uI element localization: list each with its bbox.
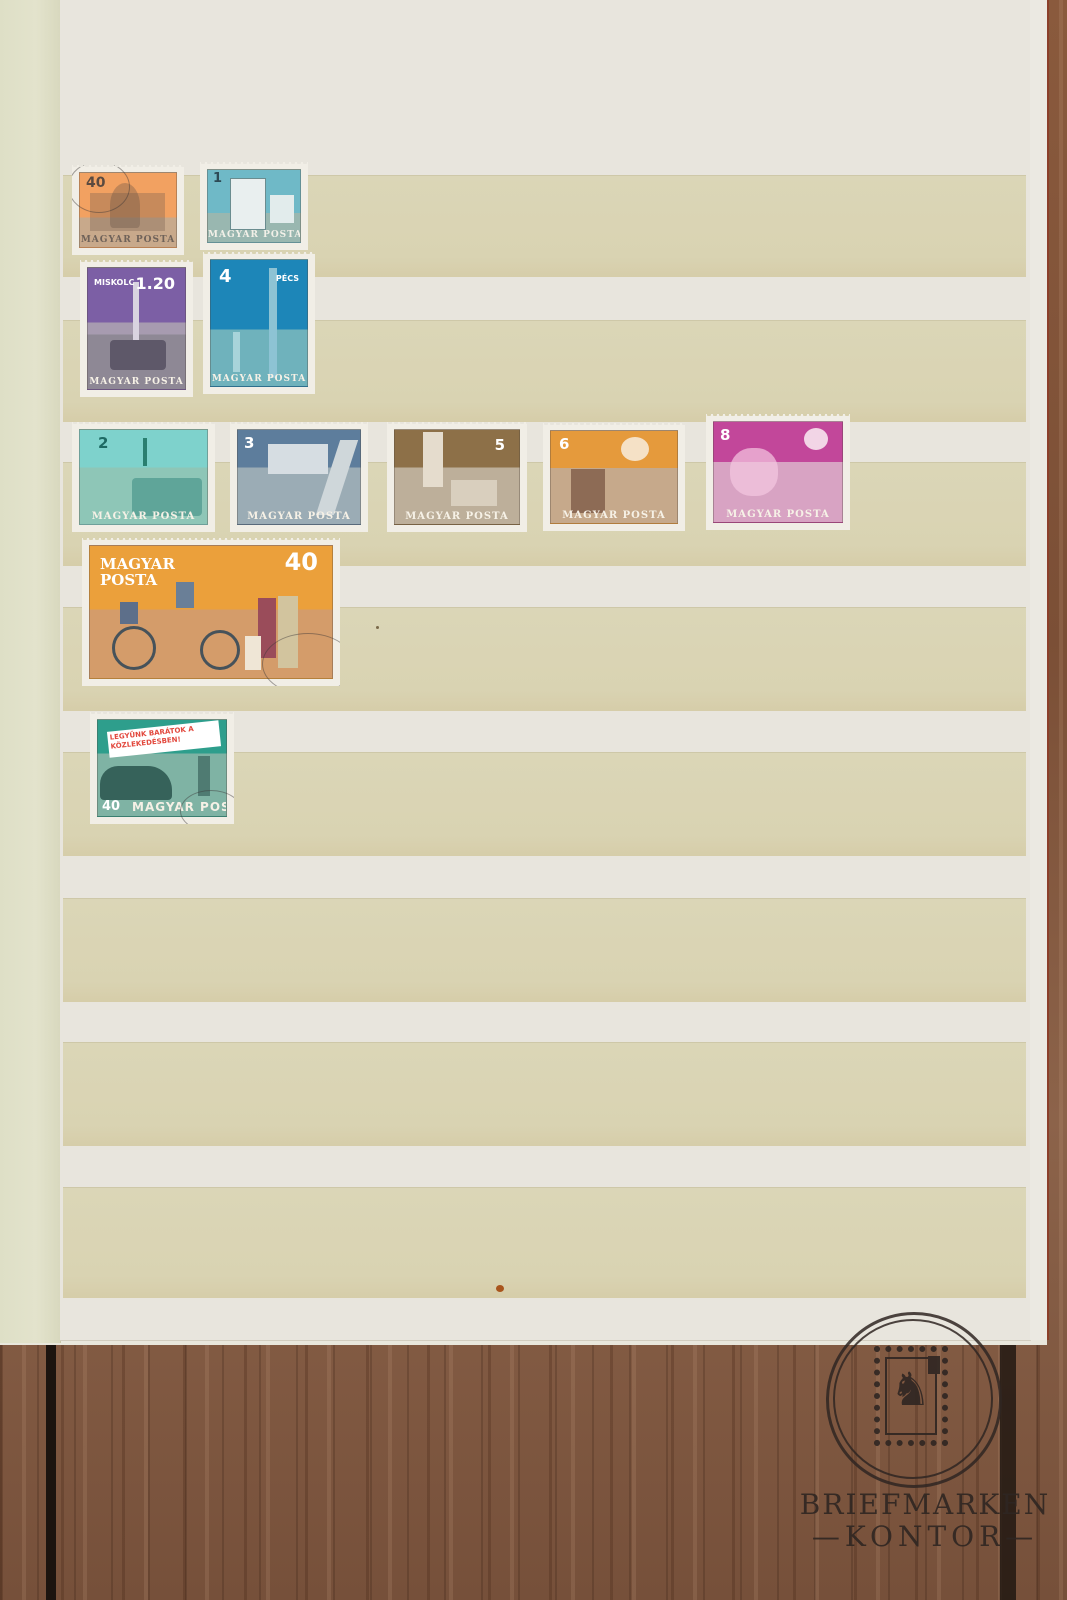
minaret-illustration <box>233 332 240 372</box>
sorting-room-illustration <box>268 444 328 474</box>
stamp-country-label: MAGYAR POSTA <box>714 509 842 520</box>
stamp[interactable]: LEGYÜNK BARÁTOK A KÖZLEKEDÉSBEN! 40 MAGY… <box>90 712 234 824</box>
stamp[interactable]: 5 MAGYAR POSTA <box>387 422 527 532</box>
passenger-illustration <box>120 602 138 624</box>
stamp-value: 3 <box>244 434 254 452</box>
stamp[interactable]: 40 MAGYAR POSTA <box>72 165 184 255</box>
stamp[interactable]: 3 MAGYAR POSTA <box>230 422 368 532</box>
child-illustration <box>245 636 261 670</box>
stamp-value: 6 <box>559 435 569 453</box>
stamp-city-label: MISKOLC <box>94 278 134 287</box>
woman-head-illustration <box>621 437 649 461</box>
office-building-illustration <box>230 178 266 230</box>
stamp-value: 40 <box>285 548 318 576</box>
stamp-value: 1.20 <box>136 274 175 293</box>
forklift-illustration <box>451 480 497 506</box>
map-illustration <box>730 448 778 496</box>
tv-tower-illustration <box>269 268 277 378</box>
building-illustration <box>270 195 294 223</box>
briefmarken-kontor-logo: ♞ BRIEFMARKEN —KONTOR— <box>822 1308 1067 1600</box>
stamp-city-label: PÉCS <box>276 274 299 283</box>
stamp-country-label: MAGYAR POSTA <box>80 235 176 245</box>
logo-title: BRIEFMARKEN <box>780 1488 1067 1521</box>
stamp-country-label: MAGYAR POSTA <box>395 511 519 522</box>
foxing-spot <box>376 626 379 629</box>
stamp-country-label: MAGYAR POSTA <box>238 511 360 522</box>
directory-book-illustration <box>571 469 605 513</box>
stamp-country-label: MAGYAR POSTA <box>100 556 180 588</box>
stamp[interactable]: 2 MAGYAR POSTA <box>72 422 215 532</box>
wheel-illustration <box>112 626 156 670</box>
stamp-country-label: MAGYAR POSTA <box>88 377 185 387</box>
wheel-illustration <box>200 630 240 670</box>
parcels-illustration <box>423 432 443 487</box>
stock-strip <box>63 898 1026 1002</box>
foxing-spot <box>496 1285 504 1292</box>
album-page-edge <box>1030 0 1049 1340</box>
driver-illustration <box>176 582 194 608</box>
stamp[interactable]: 4 PÉCS MAGYAR POSTA <box>203 252 315 394</box>
stamp[interactable]: 1 MAGYAR POSTA <box>200 162 308 250</box>
postmark <box>68 161 130 213</box>
album-hinge <box>0 0 61 1343</box>
stamp[interactable]: 6 MAGYAR POSTA <box>543 423 685 531</box>
stamp-country-label: MAGYAR POSTA <box>211 374 307 384</box>
stamp[interactable]: MAGYAR POSTA 40 <box>82 538 340 686</box>
stamp-country-label: MAGYAR POSTA <box>80 511 207 522</box>
stamp-value: 4 <box>219 266 232 287</box>
stamp-value: 8 <box>720 426 730 444</box>
car-illustration <box>100 766 172 800</box>
stamp-value: 40 <box>102 799 120 814</box>
stamp-value: 5 <box>495 436 505 454</box>
tower-deck-illustration <box>110 340 166 370</box>
stock-strip <box>63 1187 1026 1298</box>
stamp-country-label: MAGYAR POSTA <box>551 510 677 521</box>
rocking-horse-icon: ♞ <box>890 1366 931 1412</box>
logo-subtitle: —KONTOR— <box>780 1520 1067 1553</box>
stock-strip <box>63 1042 1026 1146</box>
wood-grain-dark-line <box>46 1345 56 1600</box>
stamp-value: 2 <box>98 434 108 452</box>
signpost-illustration <box>143 438 147 466</box>
stamp-value: 1 <box>213 171 222 186</box>
rocking-horse-stamp-icon: ♞ <box>874 1346 948 1446</box>
woman-head-illustration <box>804 428 828 450</box>
stamp[interactable]: 8 MAGYAR POSTA <box>706 414 850 530</box>
stamp-country-label: MAGYAR POSTA <box>208 230 300 240</box>
stamp[interactable]: MISKOLC 1.20 MAGYAR POSTA <box>80 260 193 397</box>
